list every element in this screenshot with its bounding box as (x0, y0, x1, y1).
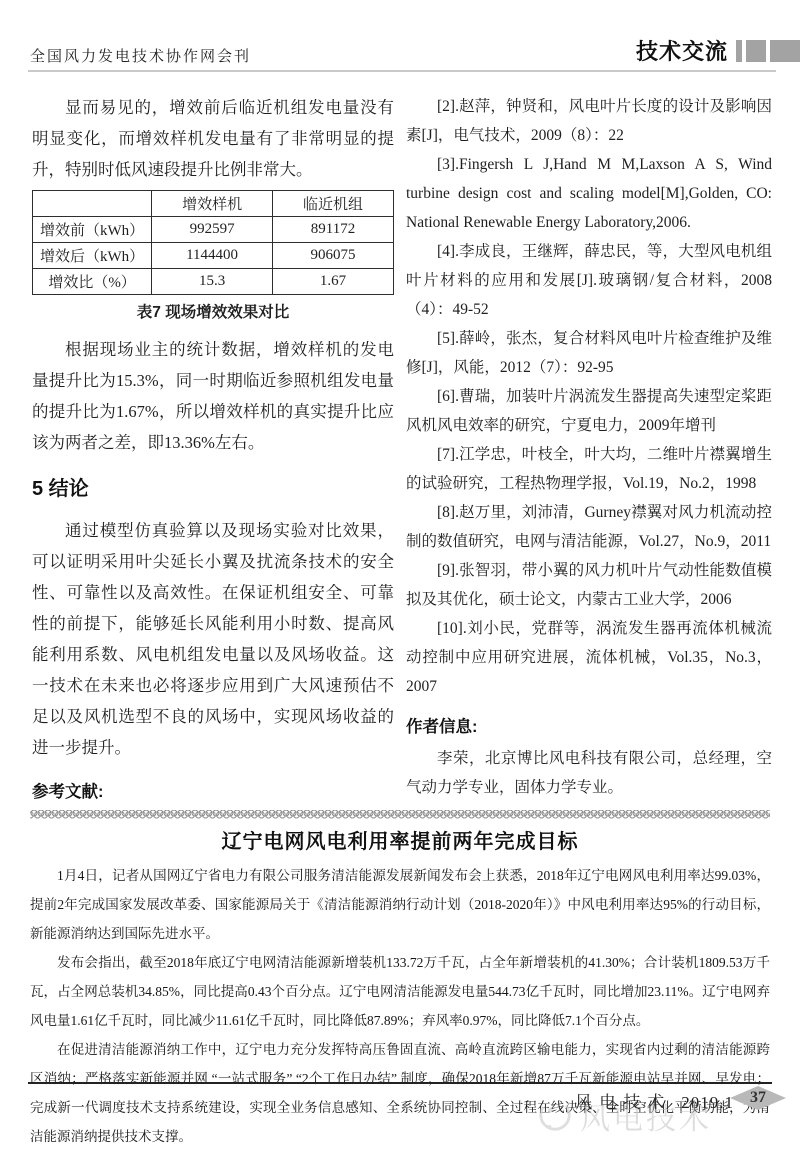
table-cell: 增效前（kWh） (33, 217, 152, 243)
reference-item: [9].张智羽，带小翼的风力机叶片气动性能数值模拟及其优化，硕士论文，内蒙古工业… (406, 556, 772, 614)
authors-heading: 作者信息: (406, 713, 772, 742)
table-cell: 1.67 (273, 269, 394, 295)
reference-item: [4].李成良，王继辉，薛忠民，等，大型风电机组叶片材料的应用和发展[J].玻璃… (406, 237, 772, 324)
table-cell: 增效比（%） (33, 269, 152, 295)
reference-item: [6].曹瑞，加装叶片涡流发生器提高失速型定桨距风机风电效率的研究，宁夏电力，2… (406, 382, 772, 440)
reference-item: [2].赵萍，钟贤和，风电叶片长度的设计及影响因素[J]，电气技术，2009（8… (406, 92, 772, 150)
paragraph: 通过模型仿真验算以及现场实验对比效果，可以证明采用叶尖延长小翼及扰流条技术的安全… (32, 515, 394, 763)
left-column: 显而易见的，增效前后临近机组发电量没有明显变化，而增效样机发电量有了非常明显的提… (32, 92, 394, 804)
news-paragraph: 发布会指出，截至2018年底辽宁电网清洁能源新增装机133.72万千瓦，占全年新… (30, 948, 770, 1035)
table-row: 增效后（kWh） 1144400 906075 (33, 243, 394, 269)
footer-journal-name: 风电技术 (575, 1093, 671, 1112)
decor-block-icon (736, 40, 742, 62)
table-cell: 1144400 (152, 243, 273, 269)
paragraph: 显而易见的，增效前后临近机组发电量没有明显变化，而增效样机发电量有了非常明显的提… (32, 92, 394, 185)
table-header-cell: 临近机组 (273, 191, 394, 217)
section-label: 技术交流 (636, 35, 728, 66)
table-header-cell: 增效样机 (152, 191, 273, 217)
news-title: 辽宁电网风电利用率提前两年完成目标 (30, 825, 770, 854)
table-row: 增效前（kWh） 992597 891172 (33, 217, 394, 243)
paragraph: 根据现场业主的统计数据，增效样机的发电量提升比为15.3%，同一时期临近参照机组… (32, 334, 394, 458)
reference-item: [3].Fingersh L J,Hand M M,Laxson A S, Wi… (406, 150, 772, 237)
right-column: [2].赵萍，钟贤和，风电叶片长度的设计及影响因素[J]，电气技术，2009（8… (406, 92, 772, 804)
author-info: 刘朋，北京博比风电科技有限公司，工程师，电气专业。 (406, 802, 772, 804)
table-row: 增效比（%） 15.3 1.67 (33, 269, 394, 295)
table-caption: 表7 现场增效效果对比 (32, 297, 394, 328)
footer-text: 风电技术2019.1 (0, 1088, 734, 1113)
table-cell: 增效后（kWh） (33, 243, 152, 269)
table-header-cell (33, 191, 152, 217)
journal-page: 全国风力发电技术协作网会刊 技术交流 显而易见的，增效前后临近机组发电量没有明显… (0, 0, 800, 1152)
section-label-group: 技术交流 (636, 35, 800, 66)
news-paragraph: 1月4日，记者从国网辽宁省电力有限公司服务清洁能源发展新闻发布会上获悉，2018… (30, 861, 770, 948)
table-header-row: 增效样机 临近机组 (33, 191, 394, 217)
section-heading: 5 结论 (32, 474, 394, 505)
decor-block-icon (746, 40, 766, 62)
reference-item: [7].江学忠，叶枝全，叶大均，二维叶片襟翼增生的试验研究，工程热物理学报，Vo… (406, 440, 772, 498)
reference-item: [10].刘小民，党群等，涡流发生器再流体机械流动控制中应用研究进展，流体机械，… (406, 614, 772, 701)
journal-name-header: 全国风力发电技术协作网会刊 (30, 45, 251, 66)
decor-block-icon (770, 40, 800, 62)
references-heading: 参考文献: (32, 777, 394, 804)
footer-rule (28, 1082, 772, 1084)
table-cell: 15.3 (152, 269, 273, 295)
table-cell: 891172 (273, 217, 394, 243)
reference-item: [5].薛岭，张杰，复合材料风电叶片检查维护及维修[J]，风能，2012（7）：… (406, 324, 772, 382)
data-table: 增效样机 临近机组 增效前（kWh） 992597 891172 增效后（kWh… (32, 190, 394, 295)
header-rule (28, 70, 776, 72)
reference-item: [8].赵万里，刘沛清，Gurney襟翼对风力机流动控制的数值研究，电网与清洁能… (406, 498, 772, 556)
author-info: 李荣，北京博比风电科技有限公司，总经理，空气动力学专业，固体力学专业。 (406, 744, 772, 802)
wavy-divider (30, 810, 770, 819)
table-cell: 992597 (152, 217, 273, 243)
page-header: 全国风力发电技术协作网会刊 技术交流 (30, 36, 800, 66)
table-cell: 906075 (273, 243, 394, 269)
footer-issue-date: 2019.1 (681, 1093, 734, 1112)
